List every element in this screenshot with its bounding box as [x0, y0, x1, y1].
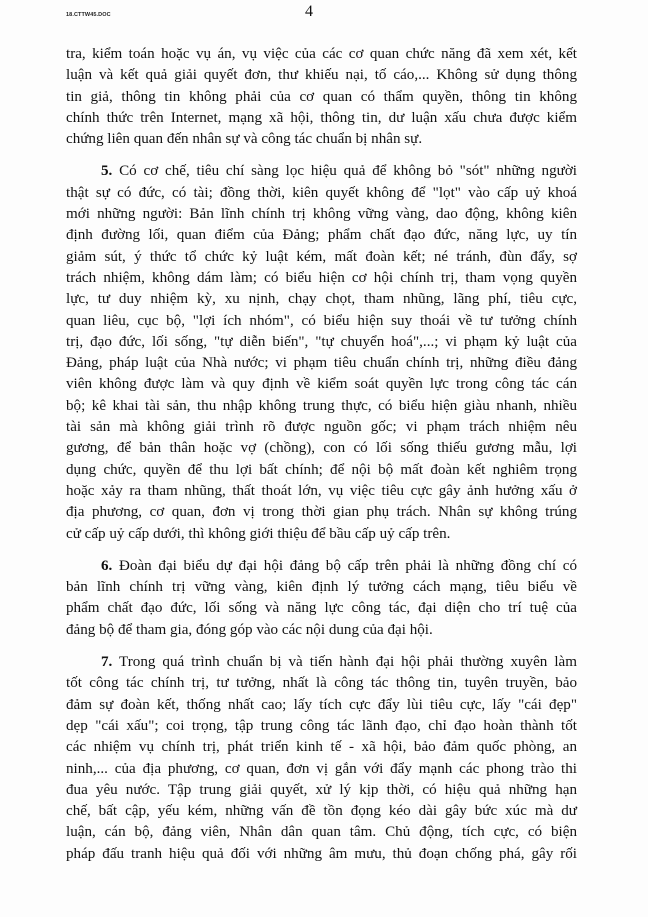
text-line: dụng chức, quyền để thu lợi bất chính; đ…	[66, 460, 577, 481]
text-line: luận, cán bộ, đảng viên, Nhân dân quan t…	[66, 822, 577, 843]
text-line: gương, để bản thân hoặc vợ (chồng), con …	[66, 438, 577, 459]
text-line: thật sự có đức, có tài; đồng thời, kiên …	[66, 183, 577, 204]
text-line-first: 5. Có cơ chế, tiêu chí sàng lọc hiệu quả…	[66, 161, 577, 182]
text-line: luận và kết quả giải quyết đơn, thư khiế…	[66, 65, 577, 86]
text-line: lực, tư duy nhiệm kỳ, xu nịnh, chạy chọt…	[66, 289, 577, 310]
text-line: chứng liên quan đến nhân sự và công tác …	[66, 129, 577, 150]
text-line: giảm sút, ý thức tổ chức kỷ luật kém, mấ…	[66, 247, 577, 268]
text-line: quan liêu, cục bộ, "lợi ích nhóm", có bi…	[66, 311, 577, 332]
item-number: 7.	[101, 654, 112, 670]
text-line-first: 7. Trong quá trình chuẩn bị và tiến hành…	[66, 652, 577, 673]
text-line: trách nhiệm, không dám làm; có biểu hiện…	[66, 268, 577, 289]
document-filename: 18.CTTW45.DOC	[66, 12, 111, 18]
text-line: định đường lối, quan điểm của Đảng; phẩm…	[66, 225, 577, 246]
item-number: 5.	[101, 163, 112, 179]
text-line: dẹp "cái xấu"; coi trọng, tập trung công…	[66, 716, 577, 737]
text-line-first: 6. Đoàn đại biểu dự đại hội đảng bộ cấp …	[66, 556, 577, 577]
paragraph-continuation: tra, kiểm toán hoặc vụ án, vụ việc của c…	[66, 44, 577, 150]
text-line: hoặc xảy ra tham nhũng, thất thoát lớn, …	[66, 481, 577, 502]
text-line: viên không được làm và quy định về kiểm …	[66, 374, 577, 395]
text-line: chính thức trên Internet, mạng xã hội, t…	[66, 108, 577, 129]
text-line: ninh,... của địa phương, cơ quan, đơn vị…	[66, 759, 577, 780]
text-line: pháp đấu tranh hiệu quả đối với những âm…	[66, 844, 577, 865]
paragraph-item-7: 7. Trong quá trình chuẩn bị và tiến hành…	[66, 652, 577, 865]
document-body: tra, kiểm toán hoặc vụ án, vụ việc của c…	[66, 44, 577, 865]
text-run: Trong quá trình chuẩn bị và tiến hành đạ…	[112, 654, 577, 670]
text-run: Có cơ chế, tiêu chí sàng lọc hiệu quả để…	[112, 163, 577, 179]
text-line: chế, bất cập, yếu kém, những vấn đề tồn …	[66, 801, 577, 822]
paragraph-item-6: 6. Đoàn đại biểu dự đại hội đảng bộ cấp …	[66, 556, 577, 641]
text-line: Đảng, pháp luật của Nhà nước; vi phạm ti…	[66, 353, 577, 374]
item-number: 6.	[101, 558, 112, 574]
text-line: bộ; kê khai tài sản, thu nhập không trun…	[66, 396, 577, 417]
paragraph-item-5: 5. Có cơ chế, tiêu chí sàng lọc hiệu quả…	[66, 161, 577, 544]
text-line: địa phương, cơ quan, đơn vị trong thời g…	[66, 502, 577, 523]
text-line: tài sản mà không giải trình rõ được nguồ…	[66, 417, 577, 438]
text-line: trị, đạo đức, lối sống, "tự diễn biến", …	[66, 332, 577, 353]
text-line: đảm sự đoàn kết, thống nhất cao; lấy tíc…	[66, 695, 577, 716]
text-line: tin giả, thông tin không phải của cơ qua…	[66, 87, 577, 108]
text-line: cử cấp uỷ cấp dưới, thì không giới thiệu…	[66, 524, 577, 545]
text-line: đua yêu nước. Tập trung giải quyết, xử l…	[66, 780, 577, 801]
text-line: phẩm chất đạo đức, lối sống và năng lực …	[66, 598, 577, 619]
text-run: Đoàn đại biểu dự đại hội đảng bộ cấp trê…	[112, 558, 577, 574]
document-page: 18.CTTW45.DOC 4 tra, kiểm toán hoặc vụ á…	[0, 0, 648, 917]
text-line: tốt công tác chính trị, tư tưởng, nhất l…	[66, 673, 577, 694]
text-line: mới những người: Bản lĩnh chính trị khôn…	[66, 204, 577, 225]
text-line: các nhiệm vụ chính trị, phát triển kinh …	[66, 737, 577, 758]
text-line: đảng bộ để tham gia, đóng góp vào các nộ…	[66, 620, 577, 641]
text-line: tra, kiểm toán hoặc vụ án, vụ việc của c…	[66, 44, 577, 65]
text-line: bản lĩnh chính trị vững vàng, kiên định …	[66, 577, 577, 598]
page-number: 4	[305, 3, 313, 21]
